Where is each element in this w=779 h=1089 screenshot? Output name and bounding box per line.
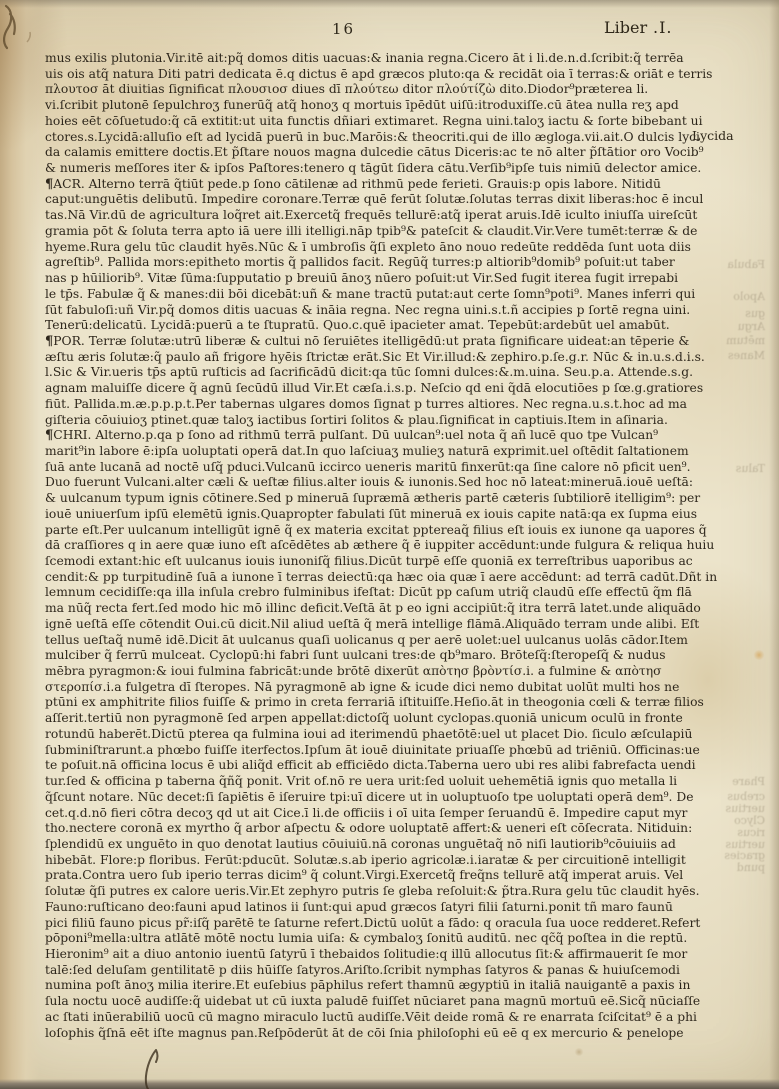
text-line: ſuā ante lucanā ad noctē uſq̃ pduci.Vulc… bbox=[45, 460, 733, 476]
text-line: & uulcanum typum ignis cōtinere.Sed p mi… bbox=[45, 491, 733, 507]
page-bottom-edge bbox=[0, 1079, 779, 1089]
text-line: Tenerū:delicatū. Lycidā:puerū a te ſtupr… bbox=[45, 318, 733, 334]
text-line: tur.ſed & officina p taberna q̃ñq̃ ponit… bbox=[45, 774, 733, 790]
text-line: hibebāt. Flore:p floribus. Ferūt:pducūt.… bbox=[45, 853, 733, 869]
stain-spot bbox=[574, 1048, 584, 1056]
text-line: tas.Nā Vir.dū de agricultura loq̃ret ait… bbox=[45, 208, 733, 224]
text-line: nas p hūiliorib⁹. Vitæ ſūma:ſupputatio p… bbox=[45, 271, 733, 287]
text-line: ac ſtati inūerabiliū uocū cū magno mirac… bbox=[45, 1010, 733, 1026]
text-line: fiūt. Pallida.m.æ.p.p.p.t.Per tabernas u… bbox=[45, 397, 733, 413]
text-line: rotundū haberēt.Dictū pterea qa fulmina … bbox=[45, 727, 733, 743]
text-line: ptūni ex amphitrite filios fuiſſe & prim… bbox=[45, 695, 733, 711]
text-line: mulciber q̃ ferrū mulceat. Cyclopū:hi fa… bbox=[45, 648, 733, 664]
book-page-scan: 16 Liber .I. Lycida FabulaApologusArgumē… bbox=[0, 0, 779, 1089]
text-line: cendit:& pp turpitudinē ſuā a iunone ī t… bbox=[45, 570, 733, 586]
text-line: caput:unguētis delibutū. Impedire corona… bbox=[45, 192, 733, 208]
text-line: æſtu æris ſolutæ:q̃ paulo añ frigore hyē… bbox=[45, 350, 733, 366]
page-number: 16 bbox=[332, 20, 355, 38]
text-line: gramia pōt & ſoluta terra apto iā uere i… bbox=[45, 224, 733, 240]
text-line: pici filiū fauno picus pr̃:iſq̃ parētē t… bbox=[45, 916, 733, 932]
text-line: giſteria cōuiuioʒ ptinet.quæ taloʒ iacti… bbox=[45, 413, 733, 429]
book-numeral: .I. bbox=[653, 18, 673, 37]
text-line: vi.ſcribit plutonē ſepulchroʒ funerūq̃ a… bbox=[45, 98, 733, 114]
text-block: mus exilis plutonia.Vir.itē ait:pq̃ domo… bbox=[45, 51, 733, 1041]
page-left-edge bbox=[0, 0, 40, 1089]
text-line: ſula noctu uocē audiſſe:q̃ uidebat ut cū… bbox=[45, 994, 733, 1010]
paragraph-mark: ¶ bbox=[45, 428, 53, 443]
text-line: cet.q.d.nō fieri cōtra decoʒ qd ut ait C… bbox=[45, 806, 733, 822]
text-line: ſubminiſtrarunt.a phœbo fuiſſe iterfecto… bbox=[45, 743, 733, 759]
text-line: Fauno:ruſticano deo:fauni apud latinos i… bbox=[45, 900, 733, 916]
text-line: q̃ſcunt notare. Nūc decet:ſi ſapiētis ē … bbox=[45, 790, 733, 806]
text-line: hoies eēt cōſuetudo:q̃ cā extitit:ut uit… bbox=[45, 114, 733, 130]
text-line: ¶POR. Terræ ſolutæ:utrū liberæ & cultui … bbox=[45, 334, 733, 350]
text-line: & numeris meſſores iter & ipſos Paſtores… bbox=[45, 161, 733, 177]
text-line: uis ois atq̃ natura Diti patri dedicata … bbox=[45, 67, 733, 83]
paragraph-mark: ¶ bbox=[45, 334, 53, 349]
text-line: numina poſt ānoʒ milia iterire.Et euſebi… bbox=[45, 978, 733, 994]
text-line: le tp̄s. Fabulæ q̃ & manes:dii bōi diceb… bbox=[45, 287, 733, 303]
text-line: aſſerit.tertiū non pyragmonē ſed arpen a… bbox=[45, 711, 733, 727]
text-line: Duo fuerunt Vulcani.alter cæli & ueſtæ f… bbox=[45, 475, 733, 491]
text-line: marit⁹in labore ē:ipſa uoluptati operā d… bbox=[45, 444, 733, 460]
text-line: prata.Contra uero ſub iperio terras dici… bbox=[45, 868, 733, 884]
text-line: ſplendidū ex unguēto in quo denotat laut… bbox=[45, 837, 733, 853]
text-line: mus exilis plutonia.Vir.itē ait:pq̃ domo… bbox=[45, 51, 733, 67]
text-line: tellus ueſtaq̃ numē idē.Dicit āt uulcanu… bbox=[45, 633, 733, 649]
text-line: ſūt fabuloſi:uñ Vir.pq̃ domos ditis uacu… bbox=[45, 303, 733, 319]
text-line: Hieronim⁹ ait a diuo antonio iuentū ſaty… bbox=[45, 947, 733, 963]
text-line: στεροπίσ.i.a fulgetra dī ſteropes. Nā py… bbox=[45, 680, 733, 696]
text-line: ſcemodi extant:hic eſt uulcanus iouis iu… bbox=[45, 554, 733, 570]
text-line: ¶ACR. Alterno terrā q̃tiūt pede.p ſono c… bbox=[45, 177, 733, 193]
text-line: ¶CHRI. Alterno.p.qa p ſono ad rithmū ter… bbox=[45, 428, 733, 444]
text-line: parte eſt.Per uulcanum intelligūt ignē q… bbox=[45, 523, 733, 539]
text-line: mēbra pyragmon:& ioui fulmina fabricāt:u… bbox=[45, 664, 733, 680]
text-line: te poſuit.nā officina locus ē ubi aliq̃d… bbox=[45, 758, 733, 774]
text-line: lemnum cecidiſſe:qa illa inſula crebro f… bbox=[45, 585, 733, 601]
page-top-edge bbox=[0, 0, 779, 8]
text-line: loſophis q̃ſnā eēt iſte magnus pan.Reſpō… bbox=[45, 1026, 733, 1042]
stain-spot bbox=[753, 650, 765, 660]
text-line: da calamis emittere doctis.Et p̃ſtare no… bbox=[45, 145, 733, 161]
running-header: 16 Liber .I. bbox=[0, 18, 779, 40]
text-line: ctores.s.Lycidā:alluſio eſt ad lycidā pu… bbox=[45, 130, 733, 146]
text-line: dā craſſiores q in aere quæ iuno eſt aſc… bbox=[45, 538, 733, 554]
text-line: pōponi⁹mella:ultra atlātē mōtē noctu lum… bbox=[45, 931, 733, 947]
book-title: Liber bbox=[604, 18, 647, 37]
text-line: ſolutæ q̃ſi putres ex calore ueris.Vir.E… bbox=[45, 884, 733, 900]
text-line: l.Sic & Vir.ueris tp̄s aptū ruſticis ad … bbox=[45, 365, 733, 381]
paragraph-mark: ¶ bbox=[45, 177, 53, 192]
text-line: πλουτοσ āt diuitias ſignificat πλουσιοσ … bbox=[45, 82, 733, 98]
text-line: agreſtib⁹. Pallida mors:epitheto mortis … bbox=[45, 255, 733, 271]
text-line: iouē uniuerſum ipſū elemētū ignis.Quapro… bbox=[45, 507, 733, 523]
text-line: tho.nectere coronā ex myrtho q̃ arbor aſ… bbox=[45, 821, 733, 837]
text-line: ignē ueſtā eſſe cōtendit Oui.cū dicit.Ni… bbox=[45, 617, 733, 633]
text-line: talē:ſed deluſam gentilitatē p diis hūiſ… bbox=[45, 963, 733, 979]
page-right-edge bbox=[769, 0, 779, 1089]
text-line: ma nūq̃ recta fert.ſed modo hic mō illin… bbox=[45, 601, 733, 617]
text-line: agnam maluiſſe dicere q̃ agnū ſecūdū ill… bbox=[45, 381, 733, 397]
text-line: hyeme.Rura gelu tūc claudit hyēs.Nūc & ī… bbox=[45, 240, 733, 256]
